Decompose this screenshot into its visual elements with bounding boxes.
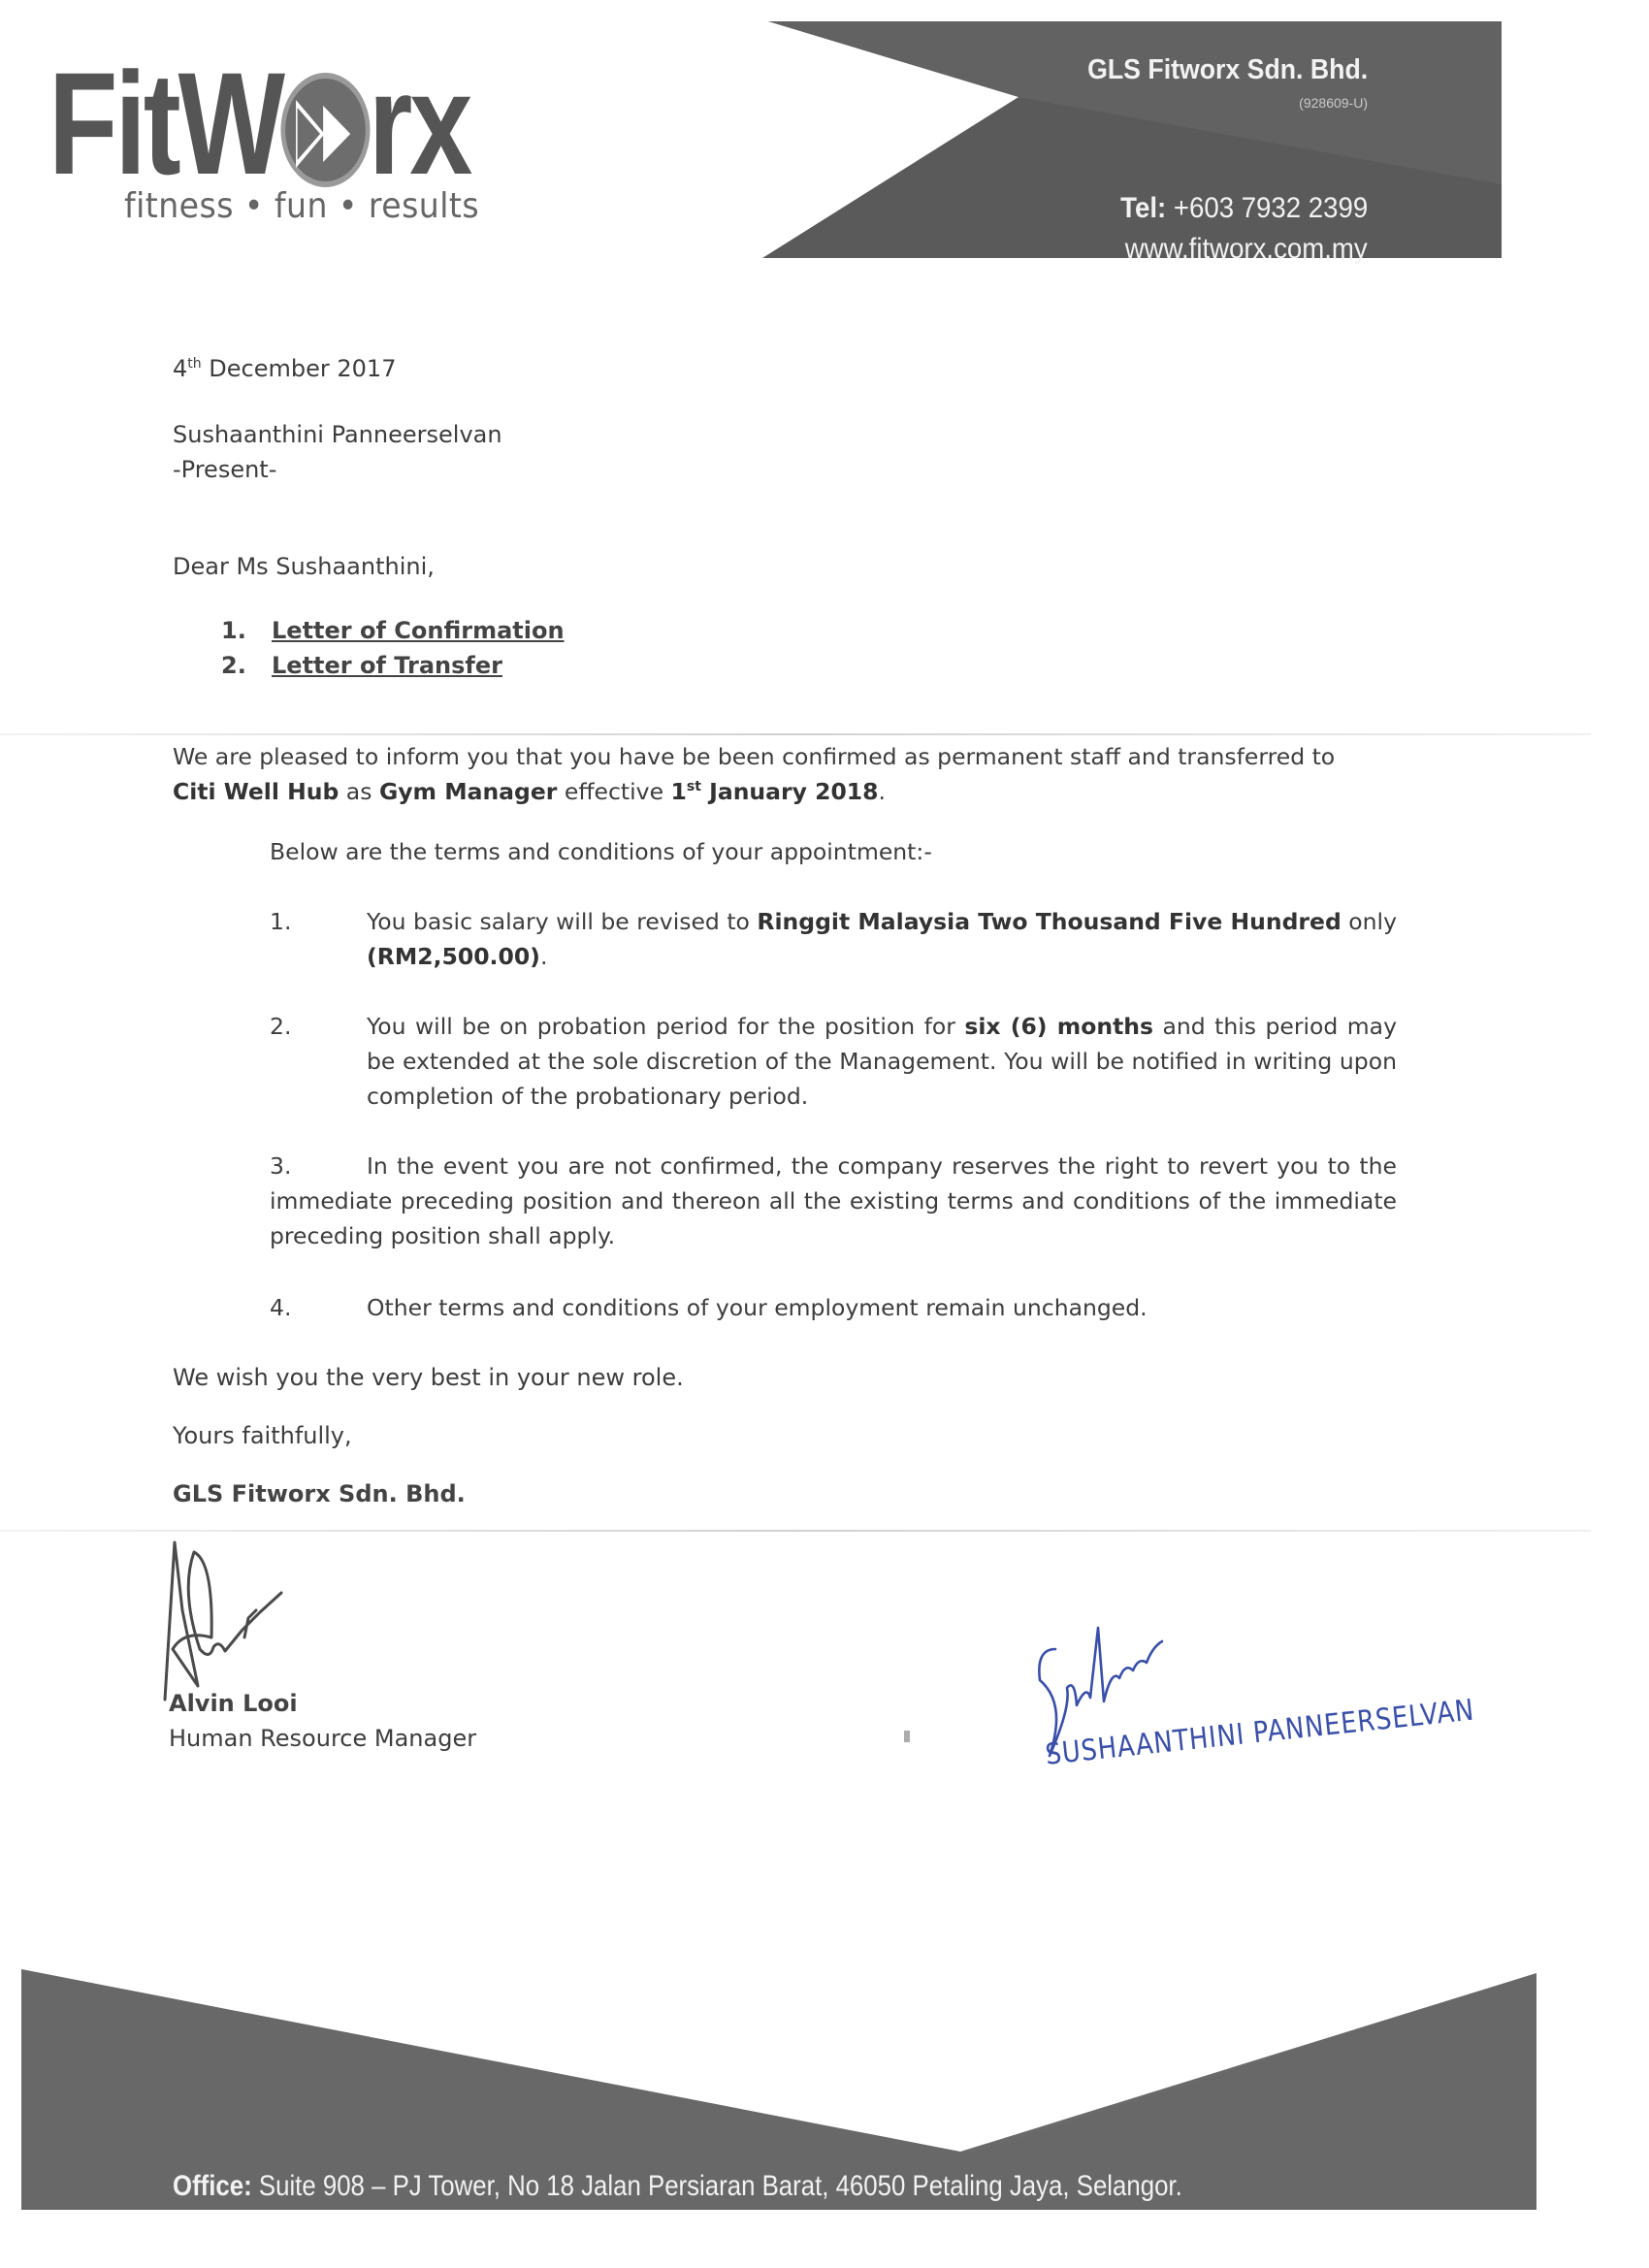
salutation: Dear Ms Sushaanthini, [173, 549, 435, 584]
logo-word-start: FitW [48, 50, 282, 196]
closing-wish: We wish you the very best in your new ro… [173, 1360, 684, 1395]
intro-line-1: We are pleased to inform you that you ha… [173, 739, 1335, 774]
subject-title: Letter of Confirmation [272, 617, 565, 644]
new-position: Gym Manager [379, 778, 557, 805]
signatory-title: Human Resource Manager [169, 1721, 476, 1756]
tel-value: +603 7932 2399 [1174, 192, 1368, 224]
term-text: In the event you are not confirmed, the … [270, 1152, 1397, 1249]
transfer-location: Citi Well Hub [173, 778, 339, 805]
term-item-4: 4. Other terms and conditions of your em… [270, 1290, 1397, 1325]
website-link[interactable]: www.fitworx.com.my [1125, 233, 1368, 266]
sign-off: Yours faithfully, [173, 1418, 352, 1453]
term-num: 2. [270, 1009, 291, 1044]
logo-tagline: fitness • fun • results [124, 186, 479, 226]
office-address-text: Suite 908 – PJ Tower, No 18 Jalan Persia… [259, 2170, 1182, 2202]
term-item-1: 1. You basic salary will be revised to R… [270, 904, 1397, 974]
intro-end: . [879, 778, 886, 805]
manager-signature [155, 1533, 349, 1707]
subject-num: 2. [221, 648, 272, 683]
term-text: You will be on probation period for the … [367, 1009, 1397, 1114]
term-text: You basic salary will be revised to Ring… [367, 904, 1397, 974]
term-num: 3. [270, 1149, 291, 1183]
subject-title: Letter of Transfer [272, 652, 502, 679]
tel-label: Tel: [1120, 192, 1166, 224]
office-label: Office: [173, 2170, 252, 2202]
logo-word-end: rx [369, 50, 469, 196]
intro-as: as [346, 778, 372, 805]
term-num: 1. [270, 904, 291, 939]
registration-number: (928609-U) [1299, 95, 1368, 111]
recipient-name: Sushaanthini Panneerselvan [173, 417, 502, 452]
telephone: Tel: +603 7932 2399 [1120, 192, 1368, 225]
effective-date: 1st January 2018 [671, 778, 879, 805]
intro-effective: effective [565, 778, 663, 805]
fitworx-logo: FitWrx [48, 50, 469, 196]
subject-num: 1. [221, 613, 272, 648]
date-suffix: th [187, 356, 201, 372]
term-text: Other terms and conditions of your emplo… [367, 1290, 1397, 1325]
terms-intro: Below are the terms and conditions of yo… [270, 834, 932, 869]
company-name: GLS Fitworx Sdn. Bhd. [1087, 54, 1368, 86]
fast-forward-circle-icon [280, 73, 370, 187]
date-rest: December 2017 [209, 355, 396, 382]
term-item-3: 3. In the event you are not confirmed, t… [270, 1149, 1397, 1253]
header-banner: GLS Fitworx Sdn. Bhd. (928609-U) Tel: +6… [757, 19, 1513, 262]
sender-company: GLS Fitworx Sdn. Bhd. [173, 1476, 466, 1511]
paper-fold-line [0, 1530, 1591, 1532]
office-address: Office: Suite 908 – PJ Tower, No 18 Jala… [173, 2170, 1182, 2203]
term-num: 4. [270, 1290, 291, 1325]
recipient-note: -Present- [173, 452, 276, 487]
term-item-2: 2. You will be on probation period for t… [270, 1009, 1397, 1114]
subject-item: 2.Letter of Transfer [221, 648, 502, 683]
scan-speck [904, 1731, 910, 1742]
paper-fold-line [0, 733, 1591, 735]
date-day: 4 [173, 355, 187, 382]
signatory-name: Alvin Looi [169, 1686, 298, 1721]
subject-item: 1.Letter of Confirmation [221, 613, 565, 648]
intro-line-2: Citi Well Hub as Gym Manager effective 1… [173, 774, 886, 809]
letter-date: 4th December 2017 [173, 351, 396, 386]
